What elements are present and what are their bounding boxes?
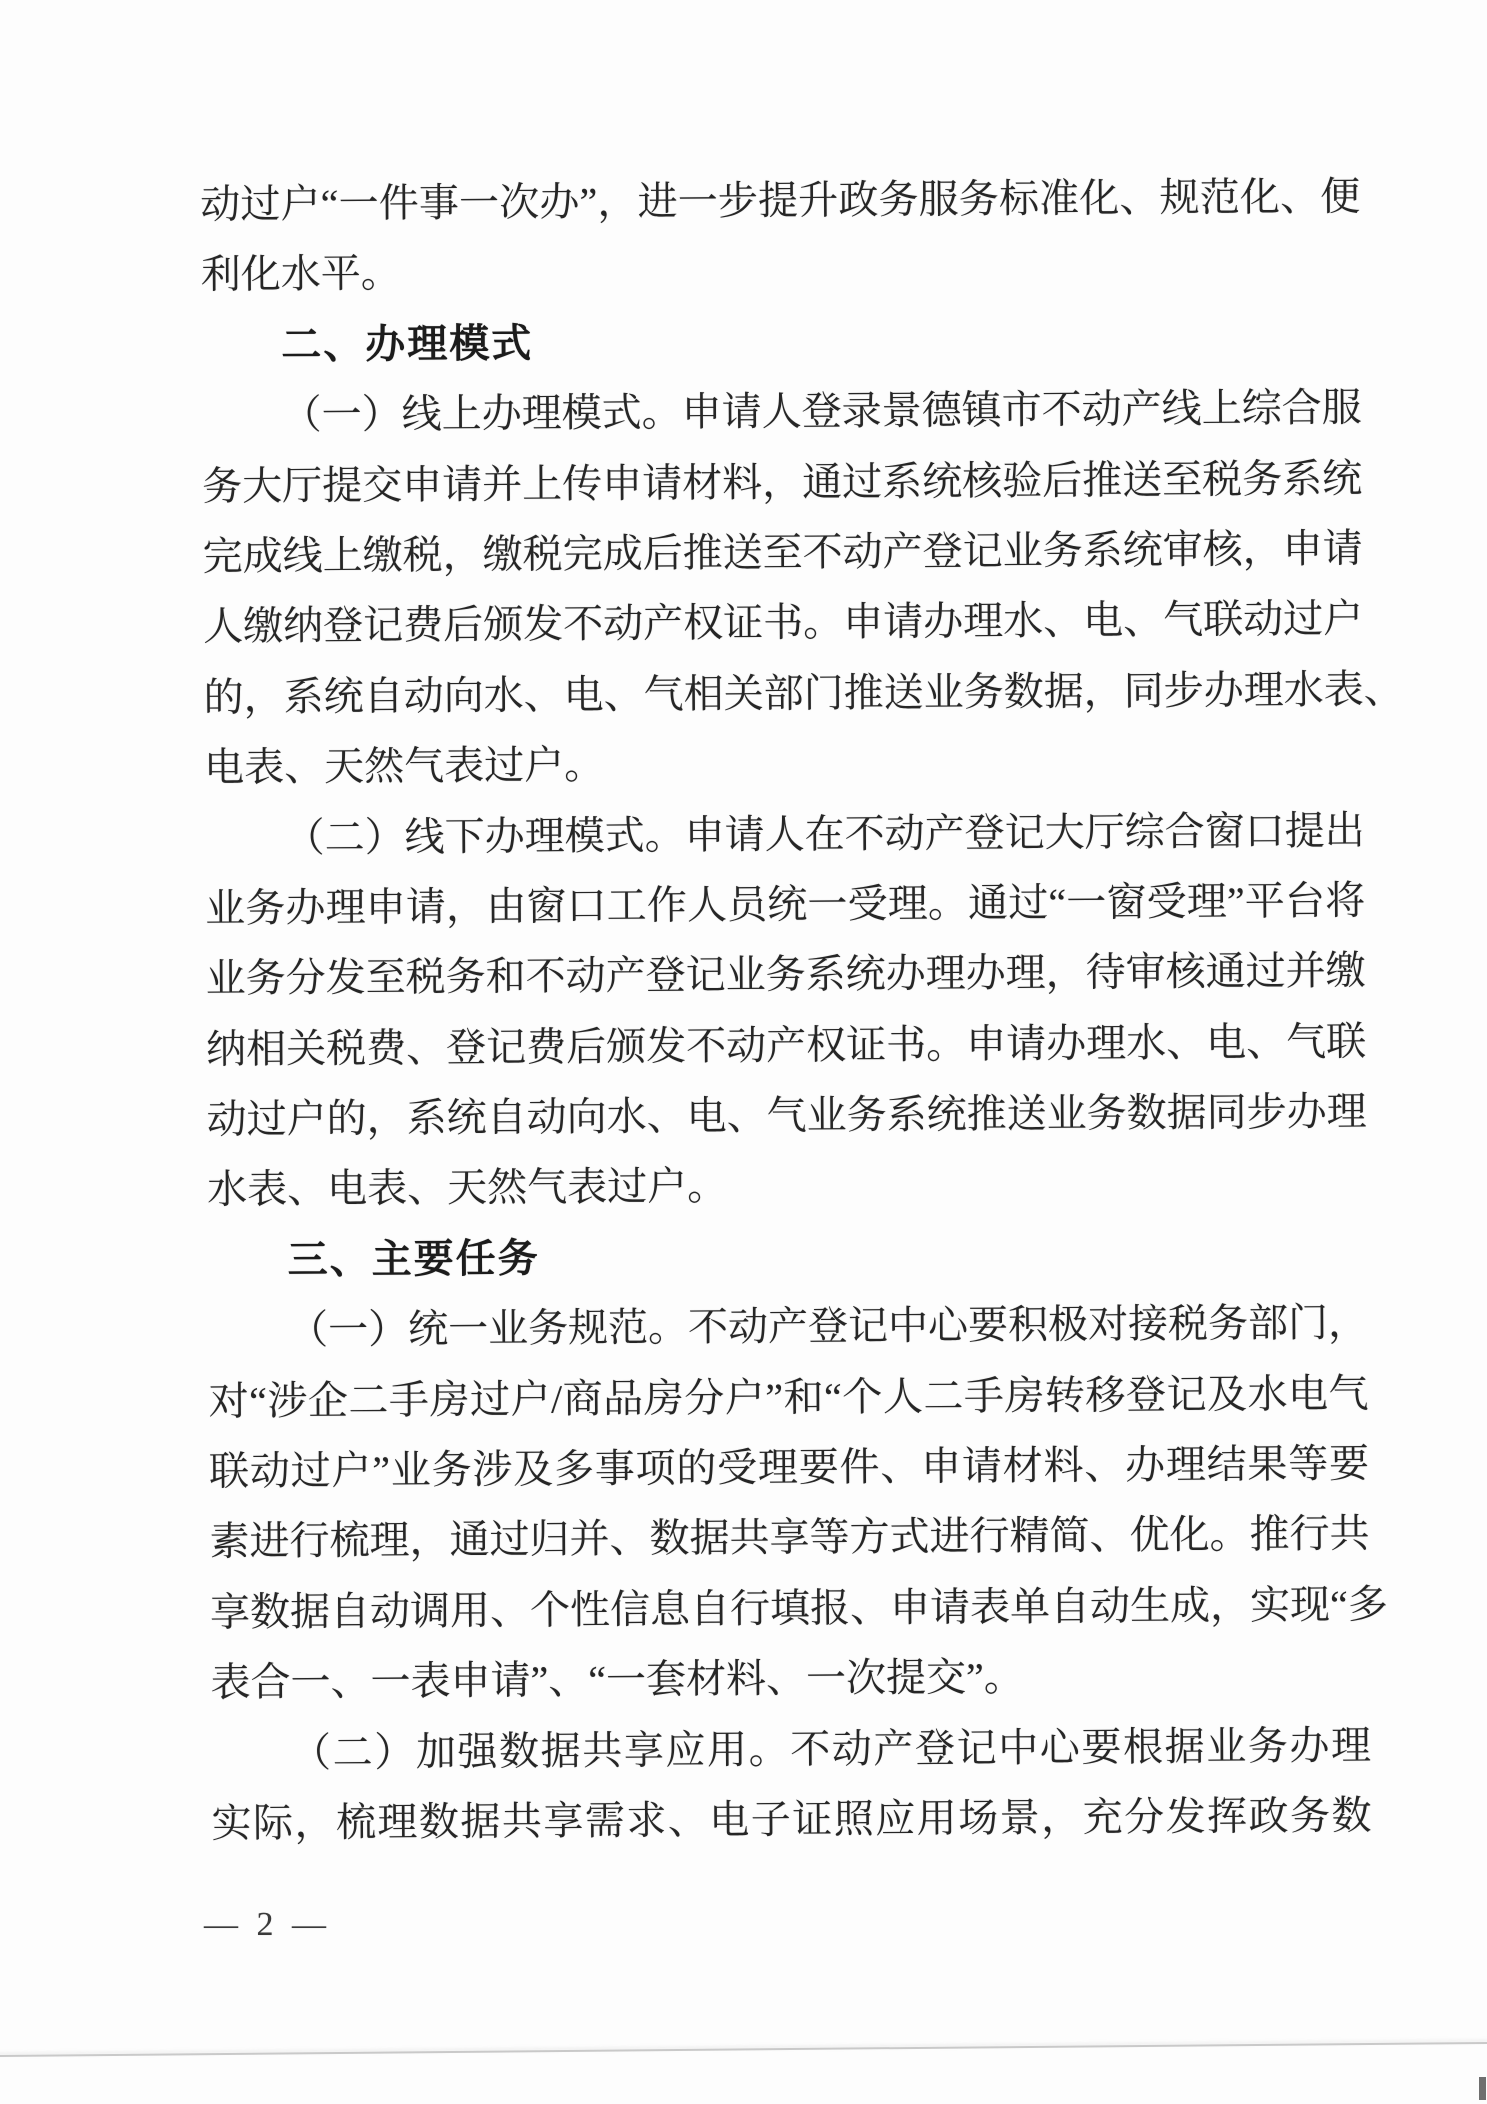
body-line: 素进行梳理，通过归并、数据共享等方式进行精简、优化。推行共 <box>209 1499 1369 1577</box>
body-line: 完成线上缴税，缴税完成后推送至不动产登记业务系统审核，申请 <box>202 514 1362 592</box>
body-line: 动过户“一件事一次办”，进一步提升政务服务标准化、规范化、便 <box>200 162 1360 240</box>
body-line: 务大厅提交申请并上传申请材料，通过系统核验后推送至税务系统 <box>202 443 1362 521</box>
body-line: （二）加强数据共享应用。不动产登记中心要根据业务办理 <box>211 1710 1371 1788</box>
document-body: 动过户“一件事一次办”，进一步提升政务服务标准化、规范化、便 利化水平。 二、办… <box>200 162 1372 1859</box>
body-line: （一）统一业务规范。不动产登记中心要积极对接税务部门， <box>208 1288 1368 1366</box>
body-line: （二）线下办理模式。申请人在不动产登记大厅综合窗口提出 <box>204 795 1364 873</box>
body-line: 动过户的，系统自动向水、电、气业务系统推送业务数据同步办理 <box>206 1077 1366 1155</box>
scan-artifact-mark <box>1479 2077 1486 2100</box>
body-line: 业务办理申请，由窗口工作人员统一受理。通过“一窗受理”平台将 <box>205 866 1365 944</box>
body-line: 人缴纳登记费后颁发不动产权证书。申请办理水、电、气联动过户 <box>203 584 1363 662</box>
body-line: 的，系统自动向水、电、气相关部门推送业务数据，同步办理水表、 <box>203 655 1363 733</box>
body-line: 业务分发至税务和不动产登记业务系统办理办理，待审核通过并缴 <box>205 936 1365 1014</box>
body-line: （一）线上办理模式。申请人登录景德镇市不动产线上综合服 <box>201 373 1361 451</box>
scanned-document-page: 动过户“一件事一次办”，进一步提升政务服务标准化、规范化、便 利化水平。 二、办… <box>0 0 1487 2104</box>
body-line: 实际，梳理数据共享需求、电子证照应用场景，充分发挥政务数 <box>211 1781 1371 1859</box>
section-heading-2: 二、办理模式 <box>201 303 1361 381</box>
page-number: — 2 — <box>204 1906 328 1944</box>
body-line: 纳相关税费、登记费后颁发不动产权证书。申请办理水、电、气联 <box>206 1007 1366 1085</box>
body-line: 享数据自动调用、个性信息自行填报、申请表单自动生成，实现“多 <box>210 1570 1370 1648</box>
section-heading-3: 三、主要任务 <box>207 1218 1367 1296</box>
body-line: 利化水平。 <box>200 232 1360 310</box>
scan-edge-line <box>0 2042 1487 2057</box>
body-line: 水表、电表、天然气表过户。 <box>207 1147 1367 1225</box>
body-line: 表合一、一表申请”、“一套材料、一次提交”。 <box>210 1640 1370 1718</box>
body-line: 联动过户”业务涉及多事项的受理要件、申请材料、办理结果等要 <box>209 1429 1369 1507</box>
body-line: 对“涉企二手房过户/商品房分户”和“个人二手房转移登记及水电气 <box>208 1359 1368 1437</box>
body-line: 电表、天然气表过户。 <box>204 725 1364 803</box>
